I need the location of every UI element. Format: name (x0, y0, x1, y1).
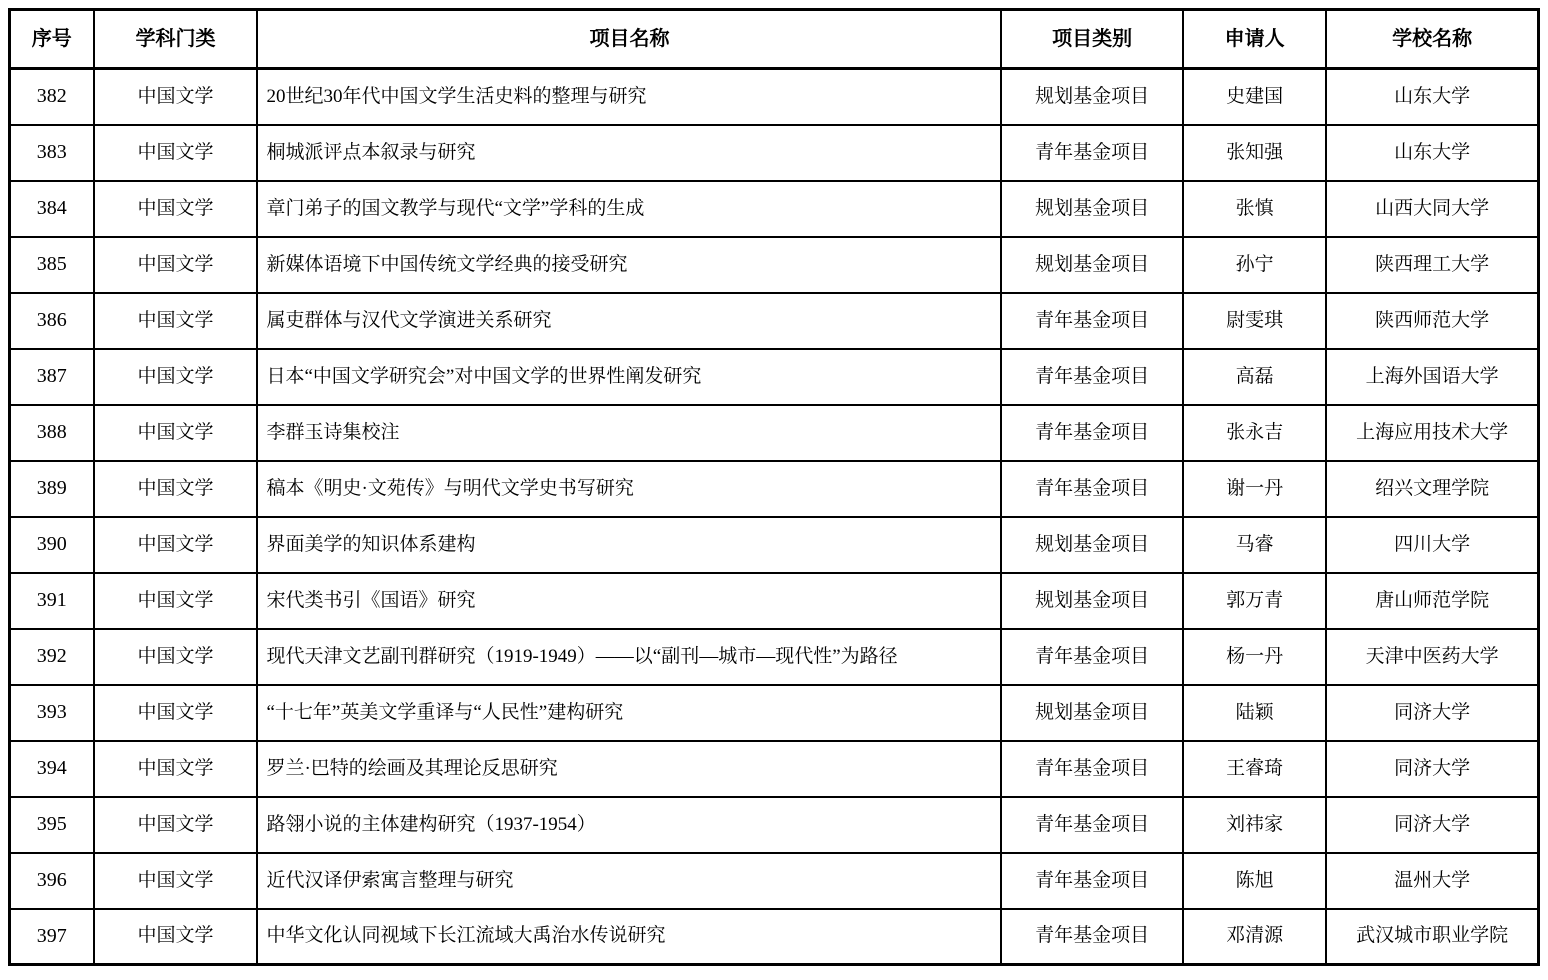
cell-project-name: 日本“中国文学研究会”对中国文学的世界性阐发研究 (257, 349, 1001, 405)
cell-project-name: “十七年”英美文学重译与“人民性”建构研究 (257, 685, 1001, 741)
table-row: 397中国文学中华文化认同视域下长江流域大禹治水传说研究青年基金项目邓清源武汉城… (10, 909, 1539, 965)
cell-project-category: 规划基金项目 (1001, 685, 1182, 741)
cell-serial-number: 397 (10, 909, 94, 965)
cell-serial-number: 394 (10, 741, 94, 797)
cell-school-name: 山东大学 (1326, 125, 1538, 181)
cell-discipline: 中国文学 (94, 405, 258, 461)
cell-project-category: 青年基金项目 (1001, 349, 1182, 405)
cell-applicant: 杨一丹 (1183, 629, 1326, 685)
header-project-name: 项目名称 (257, 10, 1001, 69)
cell-applicant: 马睿 (1183, 517, 1326, 573)
cell-school-name: 山西大同大学 (1326, 181, 1538, 237)
table-row: 394中国文学罗兰·巴特的绘画及其理论反思研究青年基金项目王睿琦同济大学 (10, 741, 1539, 797)
cell-school-name: 温州大学 (1326, 853, 1538, 909)
cell-project-category: 规划基金项目 (1001, 69, 1182, 125)
cell-project-name: 现代天津文艺副刊群研究（1919-1949）——以“副刊—城市—现代性”为路径 (257, 629, 1001, 685)
cell-project-name: 路翎小说的主体建构研究（1937-1954） (257, 797, 1001, 853)
cell-project-name: 章门弟子的国文教学与现代“文学”学科的生成 (257, 181, 1001, 237)
cell-project-category: 青年基金项目 (1001, 629, 1182, 685)
cell-discipline: 中国文学 (94, 461, 258, 517)
cell-serial-number: 393 (10, 685, 94, 741)
cell-project-name: 罗兰·巴特的绘画及其理论反思研究 (257, 741, 1001, 797)
cell-project-name: 新媒体语境下中国传统文学经典的接受研究 (257, 237, 1001, 293)
cell-project-name: 近代汉译伊索寓言整理与研究 (257, 853, 1001, 909)
table-row: 386中国文学属吏群体与汉代文学演进关系研究青年基金项目尉雯琪陕西师范大学 (10, 293, 1539, 349)
cell-applicant: 陈旭 (1183, 853, 1326, 909)
cell-discipline: 中国文学 (94, 629, 258, 685)
cell-discipline: 中国文学 (94, 125, 258, 181)
cell-project-category: 规划基金项目 (1001, 237, 1182, 293)
cell-serial-number: 395 (10, 797, 94, 853)
table-header: 序号 学科门类 项目名称 项目类别 申请人 学校名称 (10, 10, 1539, 69)
cell-project-category: 青年基金项目 (1001, 853, 1182, 909)
cell-discipline: 中国文学 (94, 293, 258, 349)
table-row: 382中国文学20世纪30年代中国文学生活史料的整理与研究规划基金项目史建国山东… (10, 69, 1539, 125)
cell-discipline: 中国文学 (94, 349, 258, 405)
cell-applicant: 刘祎家 (1183, 797, 1326, 853)
cell-school-name: 上海应用技术大学 (1326, 405, 1538, 461)
cell-applicant: 高磊 (1183, 349, 1326, 405)
cell-project-category: 青年基金项目 (1001, 293, 1182, 349)
table-row: 395中国文学路翎小说的主体建构研究（1937-1954）青年基金项目刘祎家同济… (10, 797, 1539, 853)
cell-school-name: 武汉城市职业学院 (1326, 909, 1538, 965)
cell-project-name: 界面美学的知识体系建构 (257, 517, 1001, 573)
cell-school-name: 同济大学 (1326, 741, 1538, 797)
header-serial-number: 序号 (10, 10, 94, 69)
cell-applicant: 史建国 (1183, 69, 1326, 125)
cell-discipline: 中国文学 (94, 909, 258, 965)
cell-applicant: 孙宁 (1183, 237, 1326, 293)
cell-project-name: 中华文化认同视域下长江流域大禹治水传说研究 (257, 909, 1001, 965)
funded-projects-table: 序号 学科门类 项目名称 项目类别 申请人 学校名称 382中国文学20世纪30… (8, 8, 1540, 966)
cell-serial-number: 391 (10, 573, 94, 629)
table-row: 387中国文学日本“中国文学研究会”对中国文学的世界性阐发研究青年基金项目高磊上… (10, 349, 1539, 405)
cell-serial-number: 383 (10, 125, 94, 181)
cell-project-name: 属吏群体与汉代文学演进关系研究 (257, 293, 1001, 349)
table-row: 396中国文学近代汉译伊索寓言整理与研究青年基金项目陈旭温州大学 (10, 853, 1539, 909)
table-row: 388中国文学李群玉诗集校注青年基金项目张永吉上海应用技术大学 (10, 405, 1539, 461)
cell-serial-number: 387 (10, 349, 94, 405)
cell-school-name: 陕西师范大学 (1326, 293, 1538, 349)
table-row: 392中国文学现代天津文艺副刊群研究（1919-1949）——以“副刊—城市—现… (10, 629, 1539, 685)
cell-school-name: 四川大学 (1326, 517, 1538, 573)
cell-project-category: 规划基金项目 (1001, 517, 1182, 573)
cell-applicant: 王睿琦 (1183, 741, 1326, 797)
cell-discipline: 中国文学 (94, 517, 258, 573)
cell-discipline: 中国文学 (94, 685, 258, 741)
cell-applicant: 郭万青 (1183, 573, 1326, 629)
cell-serial-number: 389 (10, 461, 94, 517)
cell-discipline: 中国文学 (94, 797, 258, 853)
table-row: 390中国文学界面美学的知识体系建构规划基金项目马睿四川大学 (10, 517, 1539, 573)
cell-school-name: 唐山师范学院 (1326, 573, 1538, 629)
cell-applicant: 谢一丹 (1183, 461, 1326, 517)
header-school-name: 学校名称 (1326, 10, 1538, 69)
cell-discipline: 中国文学 (94, 237, 258, 293)
table-row: 384中国文学章门弟子的国文教学与现代“文学”学科的生成规划基金项目张慎山西大同… (10, 181, 1539, 237)
cell-discipline: 中国文学 (94, 69, 258, 125)
header-row: 序号 学科门类 项目名称 项目类别 申请人 学校名称 (10, 10, 1539, 69)
cell-serial-number: 388 (10, 405, 94, 461)
cell-applicant: 陆颖 (1183, 685, 1326, 741)
cell-school-name: 绍兴文理学院 (1326, 461, 1538, 517)
cell-discipline: 中国文学 (94, 741, 258, 797)
cell-serial-number: 396 (10, 853, 94, 909)
cell-project-category: 规划基金项目 (1001, 181, 1182, 237)
cell-project-name: 桐城派评点本叙录与研究 (257, 125, 1001, 181)
table-row: 391中国文学宋代类书引《国语》研究规划基金项目郭万青唐山师范学院 (10, 573, 1539, 629)
cell-applicant: 邓清源 (1183, 909, 1326, 965)
table-body: 382中国文学20世纪30年代中国文学生活史料的整理与研究规划基金项目史建国山东… (10, 69, 1539, 965)
cell-project-category: 青年基金项目 (1001, 797, 1182, 853)
cell-applicant: 尉雯琪 (1183, 293, 1326, 349)
cell-school-name: 陕西理工大学 (1326, 237, 1538, 293)
cell-project-name: 李群玉诗集校注 (257, 405, 1001, 461)
cell-school-name: 同济大学 (1326, 685, 1538, 741)
table-row: 385中国文学新媒体语境下中国传统文学经典的接受研究规划基金项目孙宁陕西理工大学 (10, 237, 1539, 293)
cell-project-category: 青年基金项目 (1001, 461, 1182, 517)
cell-school-name: 同济大学 (1326, 797, 1538, 853)
cell-school-name: 山东大学 (1326, 69, 1538, 125)
table-row: 389中国文学稿本《明史·文苑传》与明代文学史书写研究青年基金项目谢一丹绍兴文理… (10, 461, 1539, 517)
cell-school-name: 上海外国语大学 (1326, 349, 1538, 405)
cell-project-category: 青年基金项目 (1001, 125, 1182, 181)
cell-project-name: 20世纪30年代中国文学生活史料的整理与研究 (257, 69, 1001, 125)
cell-school-name: 天津中医药大学 (1326, 629, 1538, 685)
header-applicant: 申请人 (1183, 10, 1326, 69)
cell-serial-number: 384 (10, 181, 94, 237)
cell-serial-number: 385 (10, 237, 94, 293)
cell-serial-number: 382 (10, 69, 94, 125)
header-discipline: 学科门类 (94, 10, 258, 69)
cell-project-category: 青年基金项目 (1001, 741, 1182, 797)
cell-project-name: 稿本《明史·文苑传》与明代文学史书写研究 (257, 461, 1001, 517)
header-project-category: 项目类别 (1001, 10, 1182, 69)
cell-serial-number: 386 (10, 293, 94, 349)
cell-applicant: 张永吉 (1183, 405, 1326, 461)
cell-applicant: 张慎 (1183, 181, 1326, 237)
cell-serial-number: 390 (10, 517, 94, 573)
table-row: 383中国文学桐城派评点本叙录与研究青年基金项目张知强山东大学 (10, 125, 1539, 181)
cell-discipline: 中国文学 (94, 573, 258, 629)
cell-serial-number: 392 (10, 629, 94, 685)
cell-project-name: 宋代类书引《国语》研究 (257, 573, 1001, 629)
cell-project-category: 青年基金项目 (1001, 909, 1182, 965)
cell-project-category: 规划基金项目 (1001, 573, 1182, 629)
cell-project-category: 青年基金项目 (1001, 405, 1182, 461)
table-row: 393中国文学“十七年”英美文学重译与“人民性”建构研究规划基金项目陆颖同济大学 (10, 685, 1539, 741)
cell-discipline: 中国文学 (94, 853, 258, 909)
cell-applicant: 张知强 (1183, 125, 1326, 181)
cell-discipline: 中国文学 (94, 181, 258, 237)
